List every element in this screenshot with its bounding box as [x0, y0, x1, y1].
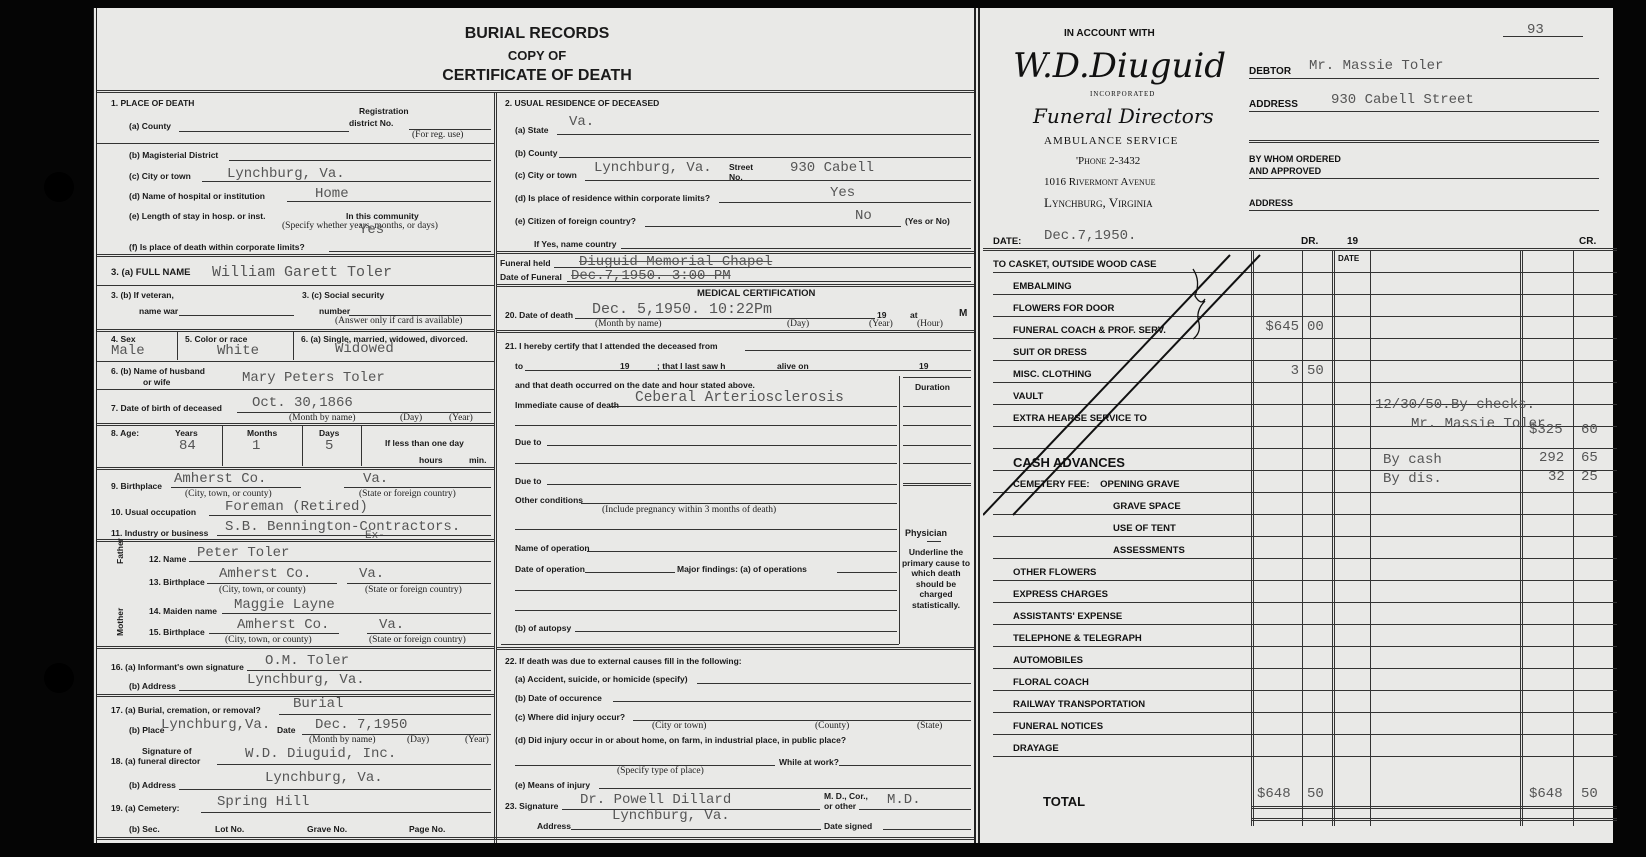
- to-label: to: [515, 361, 523, 371]
- min-label: min.: [469, 455, 486, 465]
- ambulance-service-label: AMBULANCE SERVICE: [1044, 135, 1178, 147]
- age-days-value: 5: [325, 438, 333, 454]
- md-label: M. D., Cor.,: [824, 791, 868, 801]
- header-certificate-of-death: CERTIFICATE OF DEATH: [397, 67, 677, 85]
- physician-note: Underline the primary cause to which dea…: [900, 547, 972, 610]
- while-at-work-label: While at work?: [779, 757, 839, 767]
- hospital-label: (d) Name of hospital or institution: [129, 191, 265, 201]
- father-city-hint: (City, town, or county): [219, 585, 306, 595]
- residence-corporate-value: Yes: [830, 185, 855, 201]
- physician-address-value: Lynchburg, Va.: [612, 808, 730, 824]
- ordered-by-label: BY WHOM ORDERED: [1249, 154, 1341, 164]
- burial-method-label: 17. (a) Burial, cremation, or removal?: [111, 705, 261, 715]
- ledger-item-label: EXPRESS CHARGES: [1013, 589, 1108, 600]
- physician-heading: Physician: [905, 528, 947, 538]
- credit-amount-cash-dollars: 292: [1539, 450, 1564, 466]
- punch-hole: [44, 663, 74, 693]
- company-street: 1016 Rivermont Avenue: [1044, 176, 1156, 188]
- duration-label: Duration: [915, 382, 950, 392]
- hospital-value: Home: [315, 186, 349, 202]
- informant-signature-value: O.M. Toler: [265, 653, 349, 669]
- year-hint: (Year): [449, 413, 473, 423]
- ledger-row: FLORAL COACH: [983, 669, 1617, 691]
- residence-city-value: Lynchburg, Va.: [594, 160, 712, 176]
- cemetery-value: Spring Hill: [217, 794, 309, 810]
- corporate-limits-value: Yes: [359, 222, 384, 238]
- country-label: If Yes, name country: [534, 239, 617, 249]
- physician-address-label: Address: [537, 821, 571, 831]
- full-name-label: 3. (a) FULL NAME: [111, 267, 191, 278]
- funeral-held-label: Funeral held: [500, 258, 551, 268]
- ledger-row: FUNERAL NOTICES: [983, 713, 1617, 735]
- dr-year-label: 19: [1347, 236, 1358, 247]
- months-label: Months: [247, 428, 277, 438]
- autopsy-label: (b) of autopsy: [515, 623, 571, 633]
- father-name-value: Peter Toler: [197, 545, 289, 561]
- debtor-address-label: ADDRESS: [1249, 99, 1298, 110]
- credit-amount-checks-dollars: $325: [1529, 422, 1563, 438]
- sec-label: (b) Sec.: [129, 824, 160, 834]
- mother-city-hint: (City, town, or county): [225, 635, 312, 645]
- operation-date-label: Date of operation: [515, 564, 585, 574]
- injury-place-label: (d) Did injury occur in or about home, o…: [515, 735, 846, 745]
- industry-value: S.B. Bennington-Contractors.: [225, 519, 460, 535]
- mother-birthplace-state: Va.: [379, 617, 404, 633]
- credit-desc-checks: By checks.: [1451, 397, 1535, 413]
- other-conditions-label: Other conditions: [515, 495, 583, 505]
- age-years-value: 84: [179, 438, 196, 454]
- injury-city-hint: (City or town): [652, 721, 706, 731]
- ledger-item-label: DRAYAGE: [1013, 743, 1059, 754]
- residence-city-label: (c) City or town: [515, 170, 577, 180]
- residence-state-label: (a) State: [515, 125, 549, 135]
- ledger-row: OTHER FLOWERS: [983, 559, 1617, 581]
- or-other-label: or other: [824, 801, 856, 811]
- director-signature-label: Signature of: [142, 746, 192, 756]
- credit-desc-dis: By dis.: [1383, 471, 1442, 487]
- dr-label: DR.: [1301, 236, 1318, 247]
- birthplace-city-value: Amherst Co.: [174, 471, 266, 487]
- ledger-row: DRAYAGE: [983, 735, 1617, 757]
- credit-date: 12/30/50.: [1375, 397, 1451, 413]
- cr-label: CR.: [1579, 236, 1596, 247]
- form-divider: [974, 8, 980, 843]
- header-burial-records: BURIAL RECORDS: [437, 25, 637, 43]
- sex-value: Male: [111, 343, 145, 359]
- ss-number-label: number: [319, 306, 350, 316]
- burial-year-hint: (Year): [465, 735, 489, 745]
- debtor-label: DEBTOR: [1249, 66, 1291, 77]
- father-birthplace-city: Amherst Co.: [219, 566, 311, 582]
- in-account-with-label: IN ACCOUNT WITH: [1064, 28, 1155, 39]
- burial-date-value: Dec. 7,1950: [315, 717, 407, 733]
- header-copy-of: COPY OF: [437, 48, 637, 63]
- burial-record-sheet: BURIAL RECORDS COPY OF CERTIFICATE OF DE…: [93, 8, 1613, 843]
- citizen-hint: (Yes or No): [905, 216, 950, 226]
- total-cr-cents: 50: [1581, 786, 1598, 802]
- death-month-hint: (Month by name): [595, 319, 662, 329]
- ledger-item-label: ASSISTANTS' EXPENSE: [1013, 611, 1122, 622]
- ledger-item-label: AUTOMOBILES: [1013, 655, 1083, 666]
- birthplace-label: 9. Birthplace: [111, 481, 162, 491]
- burial-method-value: Burial: [293, 696, 343, 712]
- physician-signature-label: 23. Signature: [505, 801, 558, 811]
- injury-location-label: (c) Where did injury occur?: [515, 712, 625, 722]
- state-hint: (State or foreign country): [359, 489, 456, 499]
- credit-desc-payer: Mr. Massie Toler: [1411, 416, 1545, 432]
- days-label: Days: [319, 428, 339, 438]
- residence-state-value: Va.: [569, 114, 594, 130]
- hours-label: hours: [419, 455, 443, 465]
- county-label: (a) County: [129, 121, 171, 131]
- phone-number: 'Phone 2-3432: [1076, 155, 1140, 167]
- strike-lines: [983, 251, 1263, 521]
- mother-birthplace-city: Amherst Co.: [237, 617, 329, 633]
- cause-of-death-value: Ceberal Arteriosclerosis: [635, 390, 844, 406]
- company-name: W.D.Diuguid: [1013, 46, 1226, 86]
- funeral-director-label: 18. (a) funeral director: [111, 756, 200, 766]
- director-address-label: (b) Address: [129, 780, 176, 790]
- funeral-directors-tagline: Funeral Directors: [1033, 104, 1214, 128]
- father-birthplace-state: Va.: [359, 566, 384, 582]
- medical-certification-heading: MEDICAL CERTIFICATION: [697, 288, 815, 299]
- city-hint: (City, town, or county): [185, 489, 272, 499]
- injury-county-hint: (County): [815, 721, 849, 731]
- district-no-label: district No.: [349, 118, 393, 128]
- ledger-item-label: FLORAL COACH: [1013, 677, 1089, 688]
- registration-label: Registration: [359, 106, 409, 116]
- death-date-label: 20. Date of death: [505, 310, 573, 320]
- residence-corporate-label: (d) Is place of residence within corpora…: [515, 193, 710, 203]
- account-ledger: 93 IN ACCOUNT WITH W.D.Diuguid INCORPORA…: [983, 8, 1617, 843]
- mother-birthplace-label: 15. Birthplace: [149, 627, 205, 637]
- residence-street-value: 930 Cabell: [790, 160, 874, 176]
- pregnancy-hint: (Include pregnancy within 3 months of de…: [602, 505, 776, 515]
- mother-name-value: Maggie Layne: [234, 597, 335, 613]
- approved-label: AND APPROVED: [1249, 166, 1321, 176]
- citizen-label: (e) Citizen of foreign country?: [515, 216, 636, 226]
- usual-residence-heading: 2. USUAL RESIDENCE OF DECEASED: [505, 98, 659, 108]
- major-findings-label: Major findings: (a) of operations: [677, 564, 807, 574]
- citizen-value: No: [855, 208, 872, 224]
- ledger-item-label: RAILWAY TRANSPORTATION: [1013, 699, 1145, 710]
- death-city-value: Lynchburg, Va.: [227, 166, 345, 182]
- magisterial-district-label: (b) Magisterial District: [129, 150, 218, 160]
- punch-hole: [44, 172, 74, 202]
- street-label: Street: [729, 162, 753, 172]
- social-security-label: 3. (c) Social security: [302, 290, 384, 300]
- ledger-item-label: FUNERAL NOTICES: [1013, 721, 1103, 732]
- operation-name-label: Name of operation: [515, 543, 590, 553]
- father-name-label: 12. Name: [149, 554, 186, 564]
- death-year-hint: (Year): [869, 319, 893, 329]
- ledger-item-label: TELEPHONE & TELEGRAPH: [1013, 633, 1142, 644]
- ledger-row: EXPRESS CHARGES: [983, 581, 1617, 603]
- m-label: M: [959, 308, 967, 319]
- for-reg-use-hint: (For reg. use): [412, 130, 463, 140]
- ordered-address-label: ADDRESS: [1249, 198, 1293, 208]
- company-city: Lynchburg, Virginia: [1044, 195, 1153, 211]
- informant-address-value: Lynchburg, Va.: [247, 672, 365, 688]
- credit-desc-cash: By cash: [1383, 452, 1442, 468]
- grave-label: Grave No.: [307, 824, 347, 834]
- father-tag: Father: [115, 538, 125, 564]
- certify-label: 21. I hereby certify that I attended the…: [505, 341, 718, 351]
- burial-day-hint: (Day): [407, 735, 429, 745]
- credit-amount-checks-cents: 60: [1581, 422, 1598, 438]
- spouse-label-2: or wife: [143, 377, 170, 387]
- ledger-item-cents: 00: [1307, 319, 1324, 335]
- external-causes-heading: 22. If death was due to external causes …: [505, 656, 742, 666]
- age-label: 8. Age:: [111, 428, 139, 438]
- occupation-label: 10. Usual occupation: [111, 507, 196, 517]
- physician-title-value: M.D.: [887, 792, 921, 808]
- incorporated-label: INCORPORATED: [1090, 90, 1155, 98]
- corporate-limits-label: (f) Is place of death within corporate l…: [129, 242, 305, 252]
- death-hour-hint: (Hour): [917, 319, 943, 329]
- credit-amount-cash-cents: 65: [1581, 450, 1598, 466]
- date-signed-label: Date signed: [824, 821, 872, 831]
- ledger-row: RAILWAY TRANSPORTATION: [983, 691, 1617, 713]
- means-of-injury-label: (e) Means of injury: [515, 780, 590, 790]
- full-name-value: William Garett Toler: [212, 264, 392, 281]
- less-than-day-label: If less than one day: [385, 438, 464, 448]
- city-label: (c) City or town: [129, 171, 191, 181]
- in-community-label: In this community: [346, 211, 419, 221]
- page-label: Page No.: [409, 824, 445, 834]
- ledger-row: ASSISTANTS' EXPENSE: [983, 603, 1617, 625]
- ledger-item-label: USE OF TENT: [1113, 523, 1176, 534]
- accident-label: (a) Accident, suicide, or homicide (spec…: [515, 674, 688, 684]
- ledger-date-value: Dec.7,1950.: [1044, 228, 1136, 244]
- ledger-item-cents: 50: [1307, 363, 1324, 379]
- burial-date-label: Date: [277, 725, 295, 735]
- place-type-hint: (Specify type of place): [617, 766, 704, 776]
- race-value: White: [217, 343, 259, 359]
- mother-tag: Mother: [115, 608, 125, 636]
- credit-amount-dis-dollars: 32: [1548, 469, 1565, 485]
- total-dr-dollars: $648: [1257, 786, 1291, 802]
- birthplace-state-value: Va.: [363, 471, 388, 487]
- month-hint: (Month by name): [289, 413, 356, 423]
- veteran-label: 3. (b) If veteran,: [111, 290, 174, 300]
- father-birthplace-label: 13. Birthplace: [149, 577, 205, 587]
- ledger-item-label: OTHER FLOWERS: [1013, 567, 1096, 578]
- debtor-value: Mr. Massie Toler: [1309, 58, 1443, 74]
- physician-signature-value: Dr. Powell Dillard: [580, 792, 731, 808]
- cause-of-death-label: Immediate cause of death: [515, 400, 619, 410]
- industry-label: 11. Industry or business: [111, 528, 208, 538]
- death-date-value: Dec. 5,1950. 10:22Pm: [592, 301, 772, 318]
- place-of-death-heading: 1. PLACE OF DEATH: [111, 98, 194, 108]
- ledger-item-label: ASSESSMENTS: [1113, 545, 1185, 556]
- mother-name-label: 14. Maiden name: [149, 606, 217, 616]
- injury-state-hint: (State): [917, 721, 942, 731]
- dob-value: Oct. 30,1866: [252, 395, 353, 411]
- informant-signature-label: 16. (a) Informant's own signature: [111, 662, 244, 672]
- years-label: Years: [175, 428, 198, 438]
- due-to-label: Due to: [515, 437, 541, 447]
- informant-address-label: (b) Address: [129, 681, 176, 691]
- burial-place-value: Lynchburg,Va.: [161, 717, 270, 733]
- age-months-value: 1: [252, 438, 260, 454]
- dob-label: 7. Date of birth of deceased: [111, 403, 222, 413]
- father-state-hint: (State or foreign country): [365, 585, 462, 595]
- occupation-value: Foreman (Retired): [225, 499, 368, 515]
- ledger-row: TELEPHONE & TELEGRAPH: [983, 625, 1617, 647]
- occurence-date-label: (b) Date of occurence: [515, 693, 602, 703]
- director-address-value: Lynchburg, Va.: [265, 770, 383, 786]
- spouse-value: Mary Peters Toler: [242, 370, 385, 386]
- day-hint: (Day): [400, 413, 422, 423]
- credit-amount-dis-cents: 25: [1581, 469, 1598, 485]
- ss-hint: (Answer only if card is available): [335, 316, 462, 326]
- burial-month-hint: (Month by name): [309, 735, 376, 745]
- debtor-address-value: 930 Cabell Street: [1331, 92, 1474, 108]
- cemetery-label: 19. (a) Cemetery:: [111, 803, 180, 813]
- ledger-date-label: DATE:: [993, 236, 1021, 247]
- total-cr-dollars: $648: [1529, 786, 1563, 802]
- funeral-director-value: W.D. Diuguid, Inc.: [245, 746, 396, 762]
- burial-place-label: (b) Place: [129, 725, 164, 735]
- total-dr-cents: 50: [1307, 786, 1324, 802]
- spouse-label: 6. (b) Name of husband: [111, 366, 205, 376]
- ledger-row: ASSESSMENTS: [983, 537, 1617, 559]
- mother-state-hint: (State or foreign country): [369, 635, 466, 645]
- name-war-label: name war: [139, 306, 178, 316]
- lot-label: Lot No.: [215, 824, 244, 834]
- marital-status-value: Widowed: [335, 341, 394, 357]
- due-to-label-2: Due to: [515, 476, 541, 486]
- death-day-hint: (Day): [787, 319, 809, 329]
- ledger-row: AUTOMOBILES: [983, 647, 1617, 669]
- total-label: TOTAL: [1043, 794, 1085, 809]
- residence-county-label: (b) County: [515, 148, 558, 158]
- length-of-stay-label: (e) Length of stay in hosp. or inst.: [129, 211, 265, 221]
- funeral-date-label: Date of Funeral: [500, 272, 562, 282]
- occurred-label: and that death occurred on the date and …: [515, 380, 755, 390]
